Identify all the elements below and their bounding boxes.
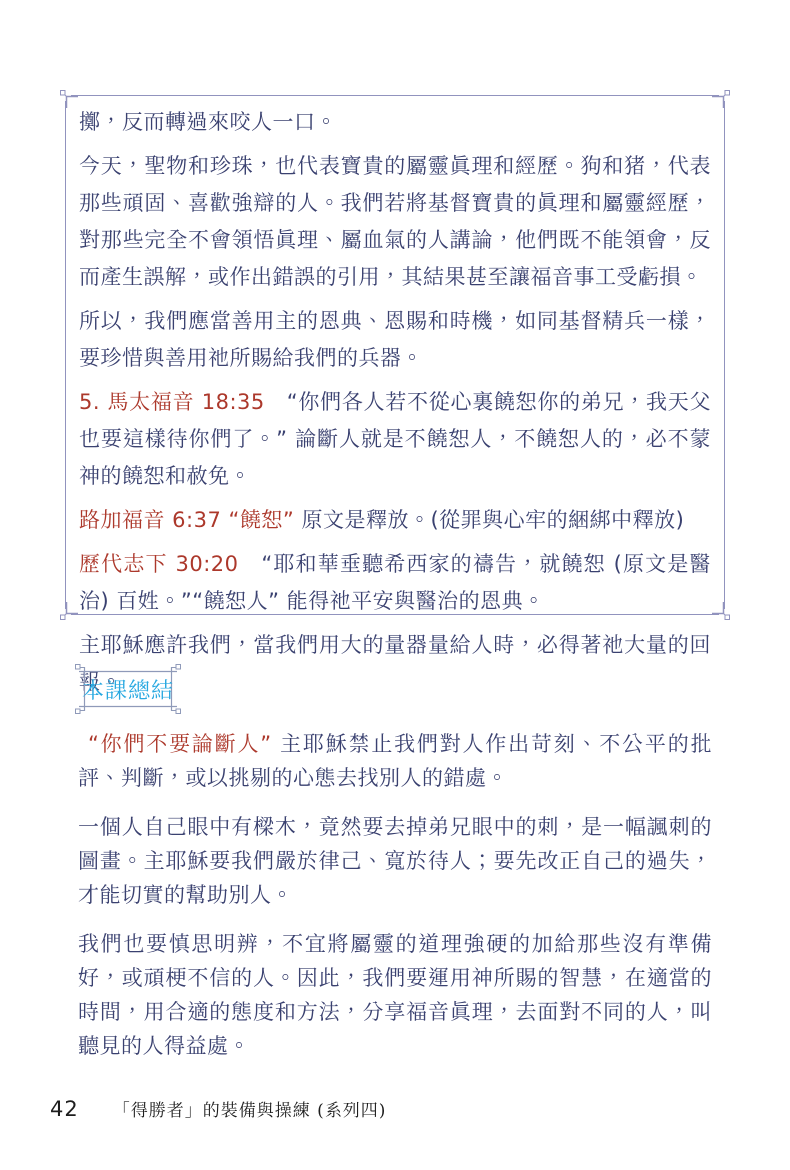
- book-title: 「得勝者」的裝備與操練 (系列四): [113, 1096, 387, 1121]
- summary-section: “你們不要論斷人” 主耶穌禁止我們對人作出苛刻、不公平的批評、判斷，或以挑剔的心…: [78, 727, 712, 1078]
- paragraph-text: 一個人自己眼中有樑木，竟然要去掉弟兄眼中的刺，是一幅諷刺的圖畫。主耶穌要我們嚴於…: [78, 815, 712, 907]
- scripture-ref: 路加福音 6:37 “饒恕”: [79, 508, 294, 532]
- quote-paragraph: 擲，反而轉過來咬人一口。: [79, 104, 711, 141]
- corner-ornament-icon: [712, 90, 730, 108]
- paragraph-text: 擲，反而轉過來咬人一口。: [79, 110, 337, 134]
- summary-title-plaque: 本課總結: [72, 663, 184, 715]
- corner-ornament-icon: [712, 602, 730, 620]
- scripture-ref: 歷代志下 30:20: [79, 552, 239, 576]
- corner-ornament-icon: [60, 602, 78, 620]
- highlighted-phrase: “你們不要論斷人”: [88, 732, 272, 756]
- page-number: 42: [50, 1097, 79, 1121]
- scripture-quote-box: 擲，反而轉過來咬人一口。 今天，聖物和珍珠，也代表寶貴的屬靈眞理和經歷。狗和猪，…: [65, 95, 725, 615]
- quote-paragraph: 歷代志下 30:20 “耶和華垂聽希西家的禱告，就饒恕 (原文是醫治) 百姓。”…: [79, 546, 711, 620]
- quote-paragraph: 5. 馬太福音 18:35 “你們各人若不從心裏饒恕你的弟兄，我天父也要這樣待你…: [79, 384, 711, 495]
- summary-paragraph: “你們不要論斷人” 主耶穌禁止我們對人作出苛刻、不公平的批評、判斷，或以挑剔的心…: [78, 727, 712, 795]
- corner-ornament-icon: [60, 90, 78, 108]
- page-footer: 42 「得勝者」的裝備與操練 (系列四): [50, 1096, 740, 1121]
- quote-paragraph: 路加福音 6:37 “饒恕” 原文是釋放。(從罪與心牢的綑綁中釋放): [79, 502, 711, 539]
- quote-paragraph: 所以，我們應當善用主的恩典、恩賜和時機，如同基督精兵一樣，要珍惜與善用祂所賜給我…: [79, 303, 711, 377]
- summary-section-title: 本課總結: [72, 663, 184, 715]
- paragraph-text: 所以，我們應當善用主的恩典、恩賜和時機，如同基督精兵一樣，要珍惜與善用祂所賜給我…: [79, 309, 711, 370]
- paragraph-text: 我們也要慎思明辨，不宜將屬靈的道理強硬的加給那些沒有準備好，或頑梗不信的人。因此…: [78, 932, 712, 1058]
- scripture-ref: 5. 馬太福音 18:35: [79, 390, 265, 414]
- quote-paragraph: 今天，聖物和珍珠，也代表寶貴的屬靈眞理和經歷。狗和猪，代表那些頑固、喜歡強辯的人…: [79, 148, 711, 296]
- summary-paragraph: 我們也要慎思明辨，不宜將屬靈的道理強硬的加給那些沒有準備好，或頑梗不信的人。因此…: [78, 927, 712, 1063]
- paragraph-text: 原文是釋放。(從罪與心牢的綑綁中釋放): [294, 508, 684, 532]
- paragraph-text: 今天，聖物和珍珠，也代表寶貴的屬靈眞理和經歷。狗和猪，代表那些頑固、喜歡強辯的人…: [79, 154, 711, 289]
- summary-paragraph: 一個人自己眼中有樑木，竟然要去掉弟兄眼中的刺，是一幅諷刺的圖畫。主耶穌要我們嚴於…: [78, 810, 712, 912]
